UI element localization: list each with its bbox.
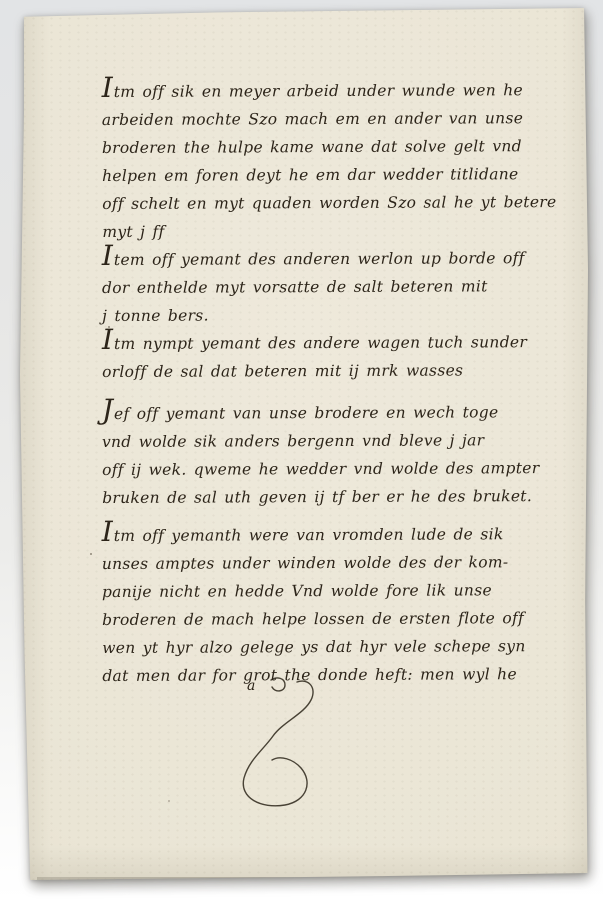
manuscript-paragraph-4: Jef off yemant van unse brodere en wech … (102, 397, 562, 512)
text-line: broderen de mach helpe lossen de ersten … (102, 604, 562, 634)
manuscript-paper: Itm off sik en meyer arbeid under wunde … (20, 8, 588, 880)
ink-speck (168, 800, 170, 802)
text-line: myt j ff (102, 216, 562, 246)
pen-flourish (225, 676, 345, 816)
text-line: vnd wolde sik anders bergenn vnd bleve j… (102, 426, 562, 456)
text-line: off ij wek. qweme he wedder vnd wolde de… (102, 454, 562, 484)
text-line: off schelt en myt quaden worden Szo sal … (102, 188, 562, 218)
text-line: Item off yemant des anderen werlon up bo… (102, 243, 562, 274)
ink-speck (90, 553, 92, 555)
text-line: wen yt hyr alzo gelege ys dat hyr vele s… (102, 632, 562, 662)
text-line: j tonne bers. (102, 300, 562, 330)
text-line: Jef off yemant van unse brodere en wech … (102, 397, 562, 428)
text-line: unses amptes under winden wolde des der … (102, 548, 562, 578)
text-line: orloff de sal dat beteren mit ij mrk was… (102, 356, 562, 386)
text-line: helpen em foren deyt he em dar wedder ti… (102, 160, 562, 190)
text-line: panije nicht en hedde Vnd wolde fore lik… (102, 576, 562, 606)
manuscript-text: Itm off sik en meyer arbeid under wunde … (20, 8, 588, 880)
ink-speck (108, 326, 110, 328)
scribe-mark: a (247, 678, 255, 694)
manuscript-paragraph-3: Itm nympt yemant des andere wagen tuch s… (102, 327, 562, 386)
text-line: broderen the hulpe kame wane dat solve g… (102, 132, 562, 162)
text-line: Itm nympt yemant des andere wagen tuch s… (102, 327, 562, 358)
manuscript-paragraph-2: Item off yemant des anderen werlon up bo… (102, 243, 562, 330)
manuscript-paragraph-5: Itm off yemanth were van vromden lude de… (102, 519, 563, 690)
text-line: dor enthelde myt vorsatte de salt betere… (102, 272, 562, 302)
text-line: arbeiden mochte Szo mach em en ander van… (102, 104, 562, 134)
manuscript-photo: Itm off sik en meyer arbeid under wunde … (0, 0, 603, 900)
text-line: bruken de sal uth geven ij tf ber er he … (102, 482, 562, 512)
paper-shadow-wrap: Itm off sik en meyer arbeid under wunde … (0, 0, 603, 900)
text-line: Itm off yemanth were van vromden lude de… (102, 519, 562, 550)
manuscript-paragraph-1: Itm off sik en meyer arbeid under wunde … (102, 75, 563, 246)
text-line: Itm off sik en meyer arbeid under wunde … (102, 75, 562, 106)
scribe-flourish-area: a (225, 676, 345, 816)
